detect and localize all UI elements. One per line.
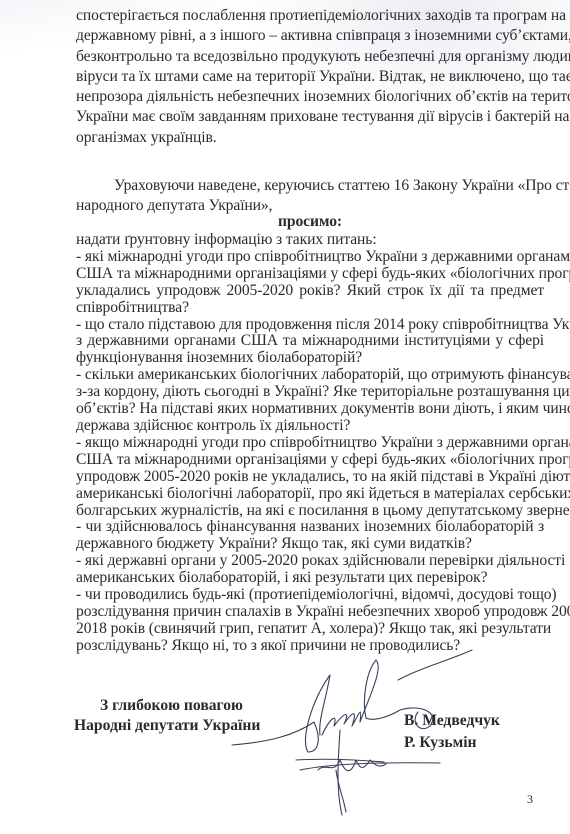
question-line: з державними органами США та міжнародним… <box>76 333 544 350</box>
question-line: болгарських журналістів, на які є посила… <box>76 503 544 520</box>
question-line: упродовж 2005-2020 років не укладались, … <box>76 469 544 486</box>
question-line: американських біолабораторій, і які резу… <box>76 570 544 587</box>
text-line: організмах українців. <box>76 128 544 148</box>
question-line: надати ґрунтовну інформацію з таких пита… <box>76 232 544 249</box>
question-line: американські біологічні лабораторії, про… <box>76 486 544 503</box>
question-line: розслідування причин спалахів в Україні … <box>76 604 544 621</box>
question-line: США та міжнародними організаціями у сфер… <box>76 452 544 469</box>
page-number: 3 <box>527 792 533 807</box>
questions-list: надати ґрунтовну інформацію з таких пита… <box>76 232 544 655</box>
question-line: - що стало підставою для продовження піс… <box>76 317 544 334</box>
question-line: держава здійснює контроль їх діяльності? <box>76 418 544 435</box>
basis-paragraph: Ураховуючи наведене, керуючись статтею 1… <box>76 176 544 217</box>
text-line: непрозора діяльність небезпечних іноземн… <box>76 87 544 107</box>
question-line: - скільки американських біологічних лабо… <box>76 367 544 384</box>
signatory-name: В. Медведчук <box>404 712 500 730</box>
closing-salutation: З глибокою повагою <box>100 697 243 715</box>
question-line: США та міжнародними організаціями у сфер… <box>76 266 544 283</box>
text-line: спостерігається послаблення протиепідемі… <box>76 6 544 26</box>
question-line: функціонування іноземних біолабораторій? <box>76 350 544 367</box>
closing-title: Народні депутати України <box>74 717 260 735</box>
question-line: - які державні органи у 2005-2020 роках … <box>76 553 544 570</box>
question-line: з-за кордону, діють сьогодні в Україні? … <box>76 384 544 401</box>
text-line: віруси та їх штами саме на території Укр… <box>76 67 544 87</box>
request-heading-block: просимо: <box>76 212 544 232</box>
question-line: - чи проводились будь-які (протиепідеміо… <box>76 587 544 604</box>
question-line: 2018 років (свинячий грип, гепатит А, хо… <box>76 621 544 638</box>
question-line: - які міжнародні угоди про співробітницт… <box>76 249 544 266</box>
question-line: укладались упродовж 2005-2020 років? Яки… <box>76 283 544 300</box>
intro-paragraph: спостерігається послаблення протиепідемі… <box>76 6 544 148</box>
signatory-name: Р. Кузьмін <box>404 734 477 752</box>
request-heading: просимо: <box>76 212 544 232</box>
text-line: державному рівні, а з іншого – активна с… <box>76 26 544 46</box>
document-page: спостерігається послаблення протиепідемі… <box>0 0 570 834</box>
text-line: України має своїм завданням приховане те… <box>76 107 544 127</box>
question-line: - чи здійснювалось фінансування названих… <box>76 519 544 536</box>
text-line: безконтрольно та вседозвільно продукують… <box>76 47 544 67</box>
text-line: Ураховуючи наведене, керуючись статтею 1… <box>76 176 544 196</box>
question-line: - якщо міжнародні угоди про співробітниц… <box>76 435 544 452</box>
question-line: розслідувань? Якщо ні, то з якої причини… <box>76 638 544 655</box>
question-line: державного бюджету України? Якщо так, як… <box>76 536 544 553</box>
question-line: співробітництва? <box>76 300 544 317</box>
question-line: об’єктів? На підставі яких нормативних д… <box>76 401 544 418</box>
